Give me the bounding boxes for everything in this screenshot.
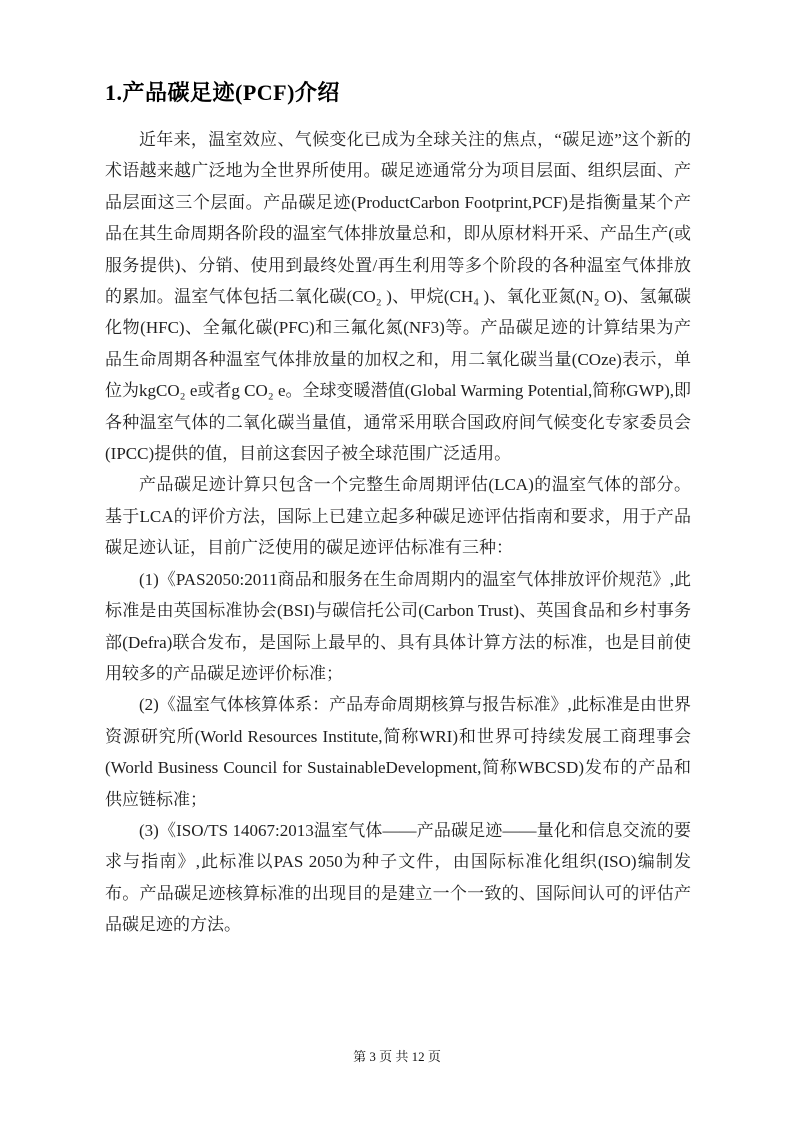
page-number-label: 第 3 页 共 12 页 (353, 1049, 441, 1064)
document-body: 1.产品碳足迹(PCF)介绍 近年来，温室效应、气候变化已成为全球关注的焦点，“… (105, 76, 691, 941)
page-footer: 第 3 页 共 12 页 (0, 1046, 794, 1065)
paragraph-standard-pas2050: (1)《PAS2050:2011商品和服务在生命周期内的温室气体排放评价规范》,… (105, 564, 691, 690)
document-page: 1.产品碳足迹(PCF)介绍 近年来，温室效应、气候变化已成为全球关注的焦点，“… (0, 0, 794, 1123)
paragraph-standard-ghg-protocol: (2)《温室气体核算体系：产品寿命周期核算与报告标准》,此标准是由世界资源研究所… (105, 689, 691, 815)
section-heading: 1.产品碳足迹(PCF)介绍 (105, 76, 691, 107)
paragraph-intro: 近年来，温室效应、气候变化已成为全球关注的焦点，“碳足迹”这个新的术语越来越广泛… (105, 124, 691, 469)
paragraph-standard-iso14067: (3)《ISO/TS 14067:2013温室气体——产品碳足迹——量化和信息交… (105, 815, 691, 941)
paragraph-lca-standards: 产品碳足迹计算只包含一个完整生命周期评估(LCA)的温室气体的部分。基于LCA的… (105, 469, 691, 563)
